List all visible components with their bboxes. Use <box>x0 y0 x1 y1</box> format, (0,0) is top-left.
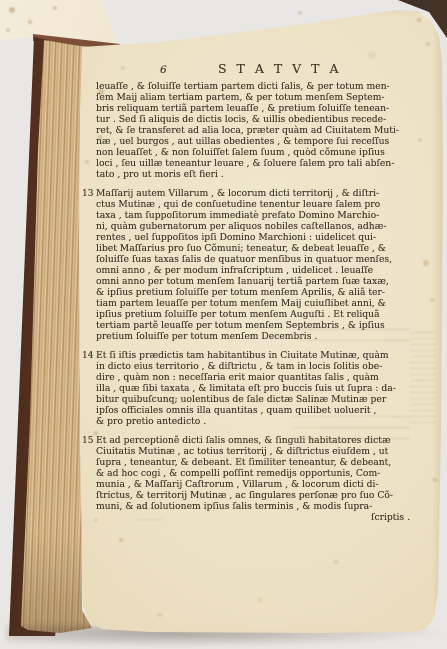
text-line: ipſius pretium ſoluiſſe per totum menſem… <box>96 309 410 320</box>
book-shadow <box>6 625 442 647</box>
paragraph: 14Et ſi iſtis prædictis tam habitantibus… <box>96 350 410 427</box>
text-line: muni, & ad ſolutionem ipſius ſalis termi… <box>96 501 410 512</box>
text-line: tato , pro ut moris eſt fieri . <box>96 169 410 180</box>
text-line: bris reliquam tertiã partem leuaſſe , & … <box>96 103 410 114</box>
page-text: 6 S T A T V T A leuaſſe , & ſoluiſſe ter… <box>96 63 410 531</box>
text-line: leuaſſe , & ſoluiſſe tertiam partem dict… <box>96 81 410 92</box>
paragraph-number: 14 <box>82 351 93 362</box>
text-line: & ad hoc cogi , & compelli poſſint remed… <box>96 468 410 479</box>
text-line: ni, quàm gubernatorum per aliquos nobile… <box>96 221 410 232</box>
paragraph-number: 15 <box>82 436 93 447</box>
paragraphs-container: leuaſſe , & ſoluiſſe tertiam partem dict… <box>96 81 410 523</box>
running-title: S T A T V T A <box>218 63 342 74</box>
text-line: ſcriptis . <box>96 512 410 523</box>
text-line: omni anno , & per modum infraſcriptum , … <box>96 265 410 276</box>
show-through-smudge <box>410 332 436 426</box>
text-line: ctus Mutinæ , qui de conſuetudine tenent… <box>96 199 410 210</box>
paragraph: 15Et ad perceptionẽ dicti ſalis omnes, &… <box>96 435 410 523</box>
page-header: 6 S T A T V T A <box>96 63 410 77</box>
text-line: & pro pretio antedicto . <box>96 416 410 427</box>
text-line: Ciuitatis Mutinæ , ac totius territorij … <box>96 446 410 457</box>
text-line: Maſſarij autem Villarum , & locorum dict… <box>96 188 410 199</box>
text-line: tur . Sed ſi aliquis de dictis locis, & … <box>96 114 410 125</box>
text-line: næ , uel burgos , aut uillas obedientes … <box>96 136 410 147</box>
text-line: non leuaſſet , & non ſoluiſſet ſalem ſuu… <box>96 147 410 158</box>
paragraph: leuaſſe , & ſoluiſſe tertiam partem dict… <box>96 81 410 180</box>
text-line: ſtrictus, & territorij Mutinæ , ac ſingu… <box>96 490 410 501</box>
text-line: in dicto eius territorio , & diſtrictu ,… <box>96 361 410 372</box>
paragraph-number: 13 <box>82 189 93 200</box>
text-line: ret, & ſe transferet ad alia loca, præte… <box>96 125 410 136</box>
text-line: dire , quàm non : neceſſaria erit maior … <box>96 372 410 383</box>
text-line: rentes , uel ſuppoſitos ipſi Domino Marc… <box>96 232 410 243</box>
text-line: libet Maſſarius pro ſuo Cõmuni; teneatur… <box>96 243 410 254</box>
text-line: pretium ſoluiſſe per totum menſem Decemb… <box>96 331 410 342</box>
text-line: Et ad perceptionẽ dicti ſalis omnes, & ſ… <box>96 435 410 446</box>
text-line: bitur quibuſcunq; uolentibus de ſale dic… <box>96 394 410 405</box>
text-line: taxa , tam ſuppoſitorum immediatè prefat… <box>96 210 410 221</box>
text-line: tertiam partẽ leuaſſe per totum menſem S… <box>96 320 410 331</box>
text-line: ipſos officiales omnis illa quantitas , … <box>96 405 410 416</box>
text-line: munia , & Maſſarij Caſtrorum , Villarum … <box>96 479 410 490</box>
paragraph: 13Maſſarij autem Villarum , & locorum di… <box>96 188 410 342</box>
text-line: ſoluiſſe ſuas taxas ſalis de quatuor men… <box>96 254 410 265</box>
text-line: ſupra , teneantur, & debeant. Et ſimilit… <box>96 457 410 468</box>
text-line: ſem Maij aliam tertiam partem, & per tot… <box>96 92 410 103</box>
text-line: tiam partem leuaſſe per totum menſem Mai… <box>96 298 410 309</box>
text-line: omni anno per totum menſem Ianuarij tert… <box>96 276 410 287</box>
text-line: & ipſius pretium ſoluiſſe per totum menſ… <box>96 287 410 298</box>
text-line: Et ſi iſtis prædictis tam habitantibus i… <box>96 350 410 361</box>
page-number: 6 <box>160 65 167 76</box>
text-line: illa , quæ ſibi taxata , & limitata eſt … <box>96 383 410 394</box>
text-line: loci , ſeu uillæ teneantur leuare , & ſo… <box>96 158 410 169</box>
photo-background: 6 S T A T V T A leuaſſe , & ſoluiſſe ter… <box>0 0 447 649</box>
